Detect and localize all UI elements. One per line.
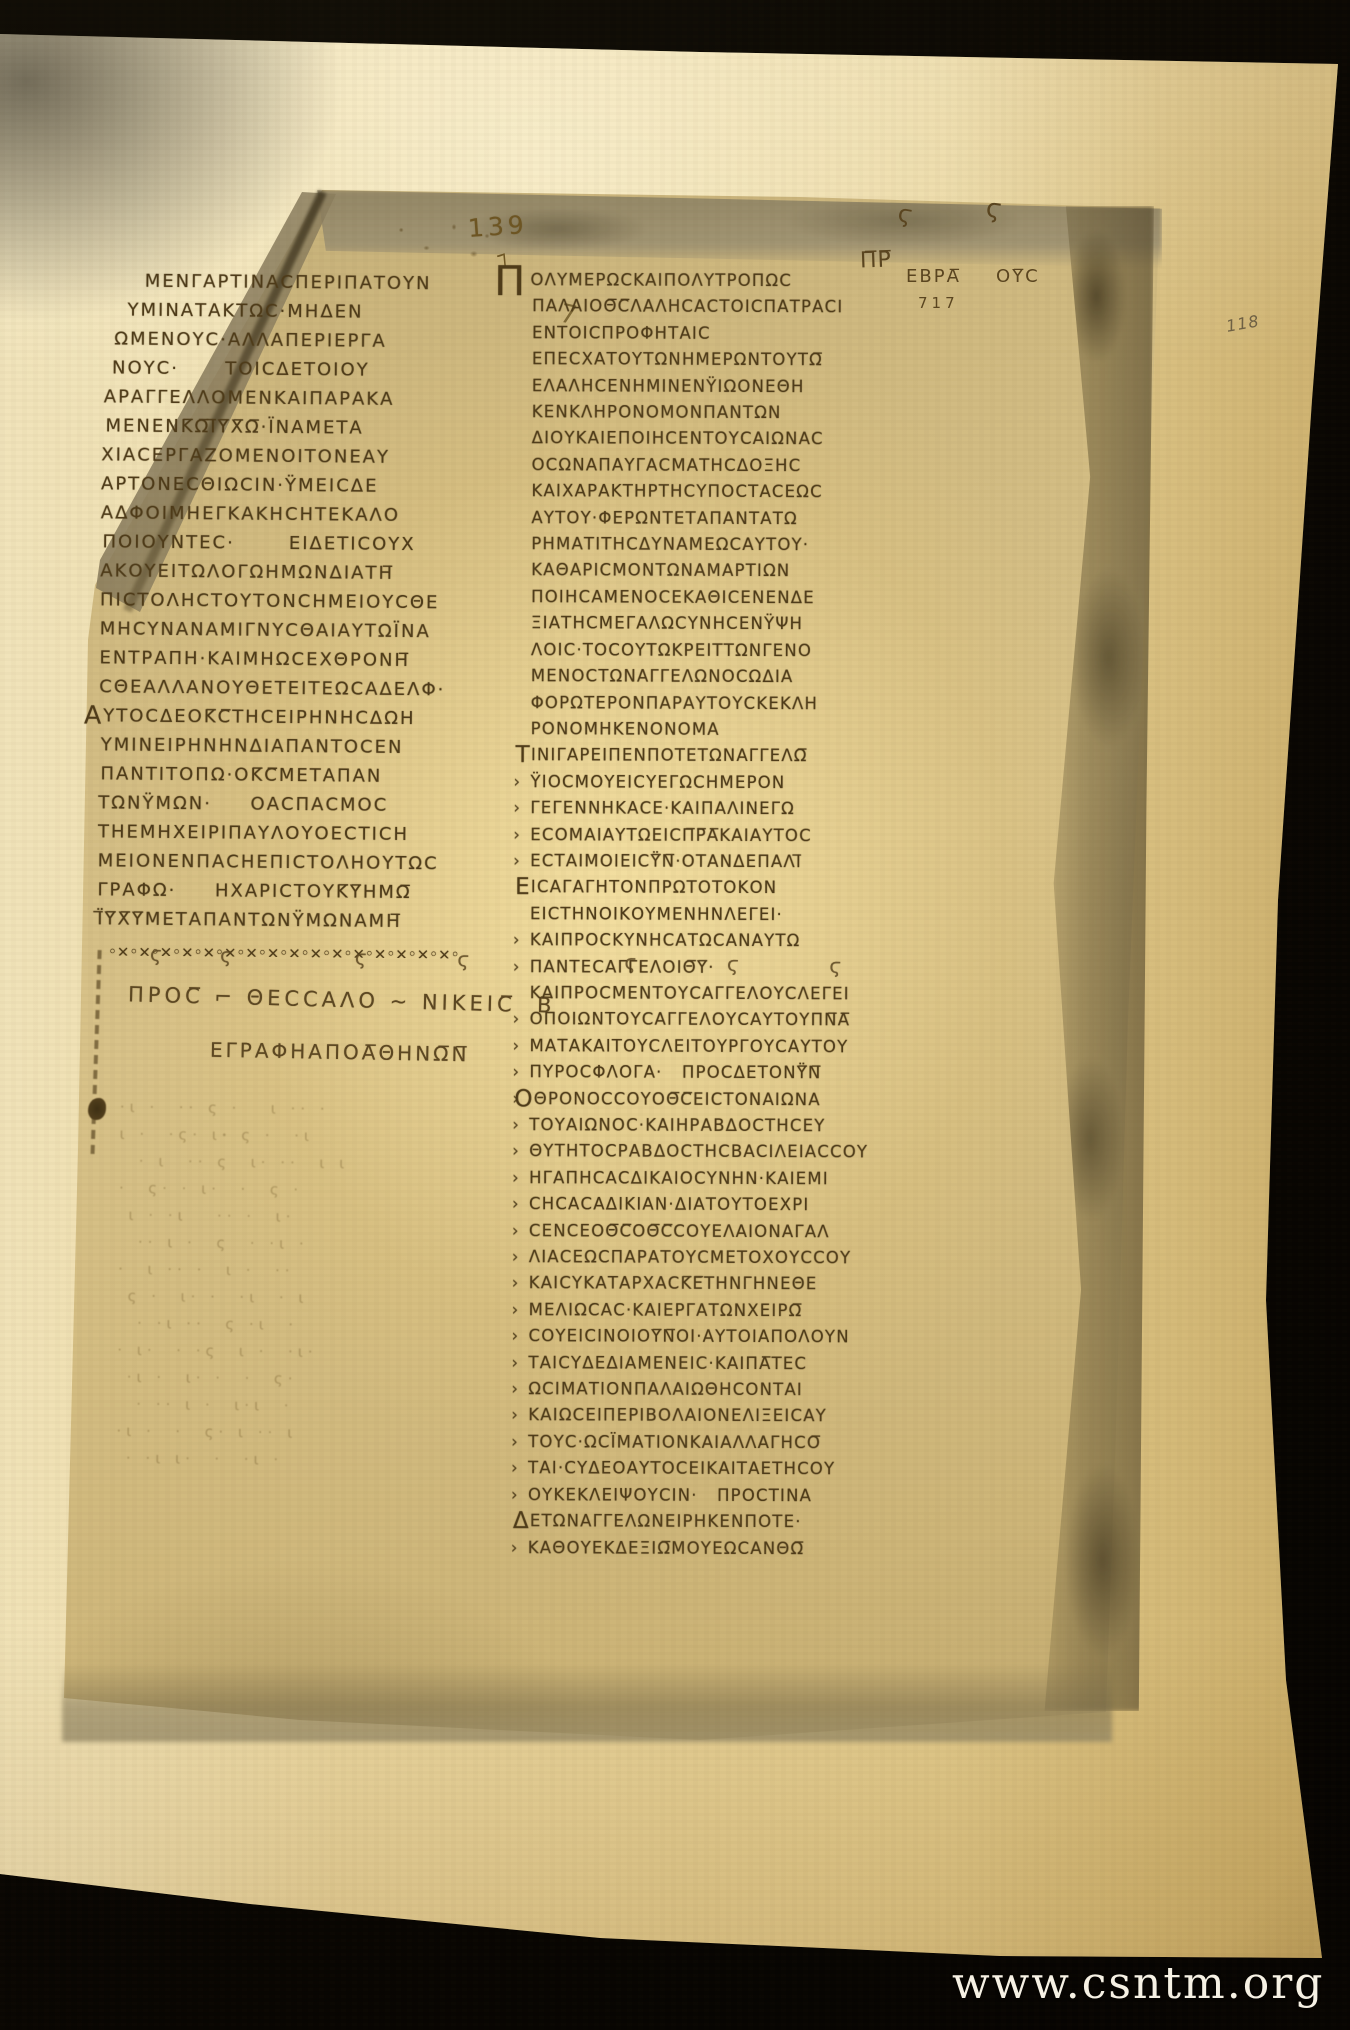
line-text: ϹΕΝϹΕΟΘ̅Ϲ̅ΟΘ̅Ϲ̅ϹΟΥΕΛΑΙΟΝΑΓΑΛ <box>529 1221 830 1241</box>
manuscript-line: ΠΑΛΑΙΟΘ̅Ϲ̅ΛΑΛΗϹΑϹΤΟΙϹΠΑΤΡΑϹΙ <box>532 294 982 322</box>
manuscript-line: ΚΕΝΚΛΗΡΟΝΟΜΟΝΠΑΝΤΩΝ <box>532 399 982 427</box>
line-text: ΠΟΙΟΥΝΤΕϹ· ΕΙΔΕΤΙϹΟΥΧ <box>102 531 415 555</box>
line-text: ΤΗΕΜΗΧΕΙΡΙΠΑΥΛΟΥΟΕϹΤΙϹΗ <box>98 821 409 845</box>
line-text: ΡΟΝΟΜΗΚΕΝΟΝΟΜΑ <box>531 719 720 739</box>
manuscript-line: ΕΝΤΟΙϹΠΡΟΦΗΤΑΙϹ <box>532 320 982 348</box>
manuscript-line: ΚΑΘΑΡΙϹΜΟΝΤΩΝΑΜΑΡΤΙΩΝ <box>531 558 981 586</box>
line-text: ΕϹΟΜΑΙΑΥΤΩΕΙϹΠ̅Ρ̅Α̅ΚΑΙΑΥΤΟϹ <box>530 825 812 845</box>
manuscript-line: ΠΟΙΗϹΑΜΕΝΟϹΕΚΑΘΙϹΕΝΕΝΔΕ <box>531 584 981 612</box>
manuscript-line: ΕΛΑΛΗϹΕΝΗΜΙΝΕΝΫΙΩΟΝΕΘΗ <box>532 373 982 401</box>
line-text: ΜΕΝΓΑΡΤΙΝΑϹΠΕΡΙΠΑΤΟΥΝ <box>145 271 432 295</box>
ink-smudge <box>388 212 498 272</box>
manuscript-line: ›ΫΙΟϹΜΟΥΕΙϹΥΕΓΩϹΗΜΕΡΟΝ <box>530 769 980 797</box>
manuscript-line: ›ΚΑΙΩϹΕΙΠΕΡΙΒΟΛΑΙΟΝΕΛΙΞΕΙϹΑΥ <box>528 1403 978 1431</box>
line-text: ΝΟΥϹ· ΤΟΙϹΔΕΤΟΙΟΥ <box>112 357 370 380</box>
manuscript-line: · ι ·· · ι · ·· <box>118 1256 498 1287</box>
manuscript-line: ΕΝΤΡΑΠΗ·ΚΑΙΜΗΩϹΕΧΘΡΟΝΗ̅ <box>99 643 479 675</box>
manuscript-photograph: 139 ⁊ 7 ϛ ϛ Π̅Ρ̅ ΕΒΡΑ̅ 717 ΟΥ̅Ϲ 118 ΜΕΝΓ… <box>0 0 1350 2030</box>
manuscript-line: ΔΙΟΥΚΑΙΕΠΟΙΗϹΕΝΤΟΥϹΑΙΩΝΑϹ <box>532 426 982 454</box>
csntm-watermark: www.csntm.org <box>952 1958 1324 2009</box>
line-text: ΕΝΤΡΑΠΗ·ΚΑΙΜΗΩϹΕΧΘΡΟΝΗ̅ <box>99 647 410 671</box>
line-text: ΜΑΤΑΚΑΙΤΟΥϹΛΕΙΤΟΥΡΓΟΥϹΑΥΤΟΥ <box>530 1036 849 1056</box>
line-text: ΟϹΩΝΑΠΑΥΓΑϹΜΑΤΗϹΔΟΞΗϹ <box>532 455 802 475</box>
line-text: Ϊ̅Υ̅Χ̅Υ̅ΜΕΤΑΠΑΝΤΩΝΫΜΩΝΑΜΗ̅ <box>97 908 402 932</box>
manuscript-line: · ·ι ι· · ·ι · <box>116 1445 496 1476</box>
line-text: ϹΗϹΑϹΑΔΙΚΙΑΝ·ΔΙΑΤΟΥΤΟΕΧΡΙ <box>529 1194 810 1214</box>
line-text: ΓΡΑΦΩ· ΗΧΑΡΙϹΤΟΥΚ̅Υ̅ΗΜΩ̅ <box>97 879 411 903</box>
manuscript-line: ΚΑΙΠΡΟϹΜΕΝΤΟΥϹΑΓΓΕΛΟΥϹΛΕΓΕΙ <box>530 980 980 1008</box>
line-text: ΘΡΟΝΟϹϹΟΥΟΘ̅Ϲ̅ΕΙϹΤΟΝΑΙΩΝΑ <box>534 1089 821 1109</box>
line-text: ΠΑΛΑΙΟΘ̅Ϲ̅ΛΑΛΗϹΑϹΤΟΙϹΠΑΤΡΑϹΙ <box>532 297 843 317</box>
line-text: ΜΗϹΥΝΑΝΑΜΙΓΝΥϹΘΑΙΑΥΤΩΪΝΑ <box>100 618 431 642</box>
manuscript-line: ›ΘΥΤΗΤΟϹΡΑΒΔΟϹΤΗϹΒΑϹΙΛΕΙΑϹϹΟΥ <box>529 1139 979 1167</box>
manuscript-line: ΑΡΤΟΝΕϹΘΙΩϹΙΝ·ΫΜΕΙϹΔΕ <box>101 469 481 501</box>
manuscript-line: · ι· · ·ς ι · ·ι· <box>117 1337 497 1368</box>
line-text: ΙϹΑΓΑΓΗΤΟΝΠΡΩΤΟΤΟΚΟΝ <box>531 878 777 898</box>
manuscript-line: ›ΠΑΝΤΕϹΑΓΓΕΛΟΙΘ̅Υ̅· <box>530 954 980 982</box>
line-text: ΕΝΤΟΙϹΠΡΟΦΗΤΑΙϹ <box>532 323 711 343</box>
running-title-part2: ΟΥ̅Ϲ <box>996 266 1040 287</box>
line-text: ΚΑΘΑΡΙϹΜΟΝΤΩΝΑΜΑΡΤΙΩΝ <box>531 561 790 581</box>
manuscript-line: ΩΜΕΝΟΥϹ·ΑΛΛΑΠΕΡΙΕΡΓΑ <box>102 324 482 356</box>
line-text: ΜΕΝΟϹΤΩΝΑΓΓΕΛΩΝΟϹΩΔΙΑ <box>531 666 794 686</box>
line-text: ΧΙΑϹΕΡΓΑΖΟΜΕΝΟΙΤΟΝΕΑΥ <box>101 444 390 468</box>
manuscript-line: ›ΚΑΘΟΥΕΚΔΕΞΙΩ̅ΜΟΥΕΩϹΑΝΘΩ̅ <box>528 1535 978 1563</box>
line-text: ΛΙΑϹΕΩϹΠΑΡΑΤΟΥϹΜΕΤΟΧΟΥϹϹΟΥ <box>529 1247 852 1267</box>
manuscript-line: ·ι · · ς· ι ·· ι <box>116 1418 496 1449</box>
line-text: ΑΔΦΟΙΜΗΕΓΚΑΚΗϹΗΤΕΚΑΛΟ <box>101 502 400 526</box>
subscription-colophon: ΕΓΡΑΦΗΑΠΟΑ̅ΘΗΝΩ̅Ν̅ <box>210 1038 470 1067</box>
manuscript-line: ΑΔΦΟΙΜΗΕΓΚΑΚΗϹΗΤΕΚΑΛΟ <box>101 498 481 530</box>
manuscript-line: ΤΙΝΙΓΑΡΕΙΠΕΝΠΟΤΕΤΩΝΑΓΓΕΛΩ̅ <box>531 743 981 771</box>
manuscript-line: ΠΟΙΟΥΝΤΕϹ· ΕΙΔΕΤΙϹΟΥΧ <box>100 527 480 559</box>
line-text: ΟΛΥΜΕΡΩϹΚΑΙΠΟΛΥΤΡΟΠΩϹ <box>530 270 792 290</box>
enlarged-initial: Α <box>84 705 103 725</box>
manuscript-line: ΓΡΑΦΩ· ΗΧΑΡΙϹΤΟΥΚ̅Υ̅ΗΜΩ̅ <box>97 875 477 907</box>
line-text: ΠΑΝΤΙΤΟΠΩ·ΟΚ̅Ϲ̅ΜΕΤΑΠΑΝ <box>100 763 382 786</box>
enlarged-initial: Ε <box>515 879 531 898</box>
line-text: ΤΟΥΑΙΩΝΟϹ·ΚΑΙΗΡΑΒΔΟϹΤΗϹΕΥ <box>529 1115 825 1135</box>
manuscript-line: ›ΚΑΙϹΥΚΑΤΑΡΧΑϹΚ̅Ε̅ΤΗΝΓΗΝΕΘΕ <box>529 1271 979 1299</box>
manuscript-line: ›ΠΥΡΟϹΦΛΟΓΑ· ΠΡΟϹΔΕΤΟΝΫ̅Ν̅ <box>529 1059 979 1087</box>
leaf-bottom-edge <box>62 1664 1112 1742</box>
line-text: ΥΜΙΝΑΤΑΚΤΩϹ·ΜΗΔΕΝ <box>127 300 363 323</box>
manuscript-line: · ·· ι · ι·ι · <box>117 1391 497 1422</box>
manuscript-line: ›ΗΓΑΠΗϹΑϹΔΙΚΑΙΟϹΥΝΗΝ·ΚΑΙΕΜΙ <box>529 1165 979 1193</box>
manuscript-line: ›ΚΑΙΠΡΟϹΚΥΝΗϹΑΤΩϹΑΝΑΥΤΩ <box>530 927 980 955</box>
line-text: ΕΙϹΤΗΝΟΙΚΟΥΜΕΝΗΝΛΕΓΕΙ· <box>530 904 783 924</box>
manuscript-line: ΥΜΙΝΑΤΑΚΤΩϹ·ΜΗΔΕΝ <box>102 295 482 327</box>
line-text: ΜΕΛΙΩϹΑϹ·ΚΑΙΕΡΓΑΤΩΝΧΕΙΡΩ̅ <box>529 1300 803 1320</box>
manuscript-line: ΑΥΤΟϹΔΕΟΚ̅Ϲ̅ΤΗϹΕΙΡΗΝΗϹΔΩΗ <box>99 701 479 733</box>
manuscript-line: ›ΜΕΛΙΩϹΑϹ·ΚΑΙΕΡΓΑΤΩΝΧΕΙΡΩ̅ <box>529 1297 979 1325</box>
manuscript-line: ΑΡΑΓΓΕΛΛΟΜΕΝΚΑΙΠΑΡΑΚΑ <box>102 382 482 414</box>
manuscript-line: ΝΟΥϹ· ΤΟΙϹΔΕΤΟΙΟΥ <box>102 353 482 385</box>
line-text: ΚΑΙΧΑΡΑΚΤΗΡΤΗϹΥΠΟϹΤΑϹΕΩϹ <box>531 481 822 501</box>
line-text: ΠΙϹΤΟΛΗϹΤΟΥΤΟΝϹΗΜΕΙΟΥϹΘΕ <box>100 589 440 613</box>
line-text: ΚΑΙΠΡΟϹΜΕΝΤΟΥϹΑΓΓΕΛΟΥϹΛΕΓΕΙ <box>530 983 850 1003</box>
manuscript-line: · ς· · ι· · ς · <box>119 1175 499 1206</box>
line-text: ΠΥΡΟϹΦΛΟΓΑ· ΠΡΟϹΔΕΤΟΝΫ̅Ν̅ <box>529 1062 821 1082</box>
manuscript-line: ·· ι · ς · ·ι · <box>118 1229 498 1260</box>
line-text: ΙΝΙΓΑΡΕΙΠΕΝΠΟΤΕΤΩΝΑΓΓΕΛΩ̅ <box>531 746 808 766</box>
manuscript-line: ΜΕΝΕΝΚ̅Ω̅Ι̅Υ̅Χ̅Ω̅·ΪΝΑΜΕΤΑ <box>101 411 481 443</box>
line-text: ΦΟΡΩΤΕΡΟΝΠΑΡΑΥΤΟΥϹΚΕΚΛΗ <box>531 693 818 713</box>
manuscript-line: ΚΑΙΧΑΡΑΚΤΗΡΤΗϹΥΠΟϹΤΑϹΕΩϹ <box>531 478 981 506</box>
manuscript-line: ›ΜΑΤΑΚΑΙΤΟΥϹΛΕΙΤΟΥΡΓΟΥϹΑΥΤΟΥ <box>529 1033 979 1061</box>
manuscript-line: ›ΕϹΤΑΙΜΟΙΕΙϹΫ̅Ν̅·ΟΤΑΝΔΕΠΑΛΙ̅ <box>530 848 980 876</box>
line-text: ΩΜΕΝΟΥϹ·ΑΛΛΑΠΕΡΙΕΡΓΑ <box>114 328 387 351</box>
manuscript-line: ΞΙΑΤΗϹΜΕΓΑΛΩϹΥΝΗϹΕΝΫΨΗ <box>531 610 981 638</box>
line-text: ΔΙΟΥΚΑΙΕΠΟΙΗϹΕΝΤΟΥϹΑΙΩΝΑϹ <box>532 429 824 449</box>
line-text: ΚΑΙΩϹΕΙΠΕΡΙΒΟΛΑΙΟΝΕΛΙΞΕΙϹΑΥ <box>528 1406 827 1426</box>
line-text: ΡΗΜΑΤΙΤΗϹΔΥΝΑΜΕΩϹΑΥΤΟΥ· <box>531 534 809 554</box>
line-text: ΥΤΟϹΔΕΟΚ̅Ϲ̅ΤΗϹΕΙΡΗΝΗϹΔΩΗ <box>103 705 415 729</box>
manuscript-line: ΧΙΑϹΕΡΓΑΖΟΜΕΝΟΙΤΟΝΕΑΥ <box>101 440 481 472</box>
manuscript-line: ΠΑΝΤΙΤΟΠΩ·ΟΚ̅Ϲ̅ΜΕΤΑΠΑΝ <box>98 759 478 791</box>
bleedthrough-text: ·ι · ·· ς · ι ·· ·ι · ·ς· ιꞏ ς · ·ι · ι … <box>116 1094 500 1476</box>
manuscript-line: ›ΟΘΡΟΝΟϹϹΟΥΟΘ̅Ϲ̅ΕΙϹΤΟΝΑΙΩΝΑ <box>529 1086 979 1114</box>
manuscript-line: ›ΛΙΑϹΕΩϹΠΑΡΑΤΟΥϹΜΕΤΟΧΟΥϹϹΟΥ <box>529 1244 979 1272</box>
line-text: ΑΥΤΟΥ·ΦΕΡΩΝΤΕΤΑΠΑΝΤΑΤΩ <box>531 508 798 528</box>
line-text: ΕΤΩΝΑΓΓΕΛΩΝΕΙΡΗΚΕΝΠΟΤΕ· <box>530 1511 802 1531</box>
manuscript-line: ›ΩϹΙΜΑΤΙΟΝΠΑΛΑΙΩΘΗϹΟΝΤΑΙ <box>528 1376 978 1404</box>
manuscript-line: ΔΕΤΩΝΑΓΓΕΛΩΝΕΙΡΗΚΕΝΠΟΤΕ· <box>528 1508 978 1536</box>
line-text: ΚΕΝΚΛΗΡΟΝΟΜΟΝΠΑΝΤΩΝ <box>532 402 782 422</box>
enlarged-initial: Δ <box>513 1512 530 1531</box>
line-text: ΫΙΟϹΜΟΥΕΙϹΥΕΓΩϹΗΜΕΡΟΝ <box>530 772 785 792</box>
manuscript-line: ΕΙϹΤΗΝΟΙΚΟΥΜΕΝΗΝΛΕΓΕΙ· <box>530 901 980 929</box>
manuscript-line: ›ΟΥΚΕΚΛΕΙΨΟΥϹΙΝ· ΠΡΟϹΤΙΝΑ <box>528 1482 978 1510</box>
manuscript-line: ›ϹΗϹΑϹΑΔΙΚΙΑΝ·ΔΙΑΤΟΥΤΟΕΧΡΙ <box>529 1191 979 1219</box>
manuscript-line: ς · ι· · ·ι · ι <box>118 1283 498 1314</box>
manuscript-line: ΡΟΝΟΜΗΚΕΝΟΝΟΜΑ <box>531 716 981 744</box>
line-text: ΗΓΑΠΗϹΑϹΔΙΚΑΙΟϹΥΝΗΝ·ΚΑΙΕΜΙ <box>529 1168 829 1188</box>
manuscript-line: ι · ·ς· ιꞏ ς · ·ι <box>119 1121 499 1152</box>
manuscript-line: ΑΥΤΟΥ·ΦΕΡΩΝΤΕΤΑΠΑΝΤΑΤΩ <box>531 505 981 533</box>
manuscript-line: ΜΕΝΟϹΤΩΝΑΓΓΕΛΩΝΟϹΩΔΙΑ <box>531 663 981 691</box>
line-text: ΤΑΙ·ϹΥΔΕΟΑΥΤΟϹΕΙΚΑΙΤΑΕΤΗϹΟΥ <box>528 1458 835 1478</box>
manuscript-line: ΥΜΙΝΕΙΡΗΝΗΝΔΙΑΠΑΝΤΟϹΕΝ <box>99 730 479 762</box>
line-text: ΘΥΤΗΤΟϹΡΑΒΔΟϹΤΗϹΒΑϹΙΛΕΙΑϹϹΟΥ <box>529 1142 868 1162</box>
manuscript-line: · ι ·· ς ι· ·· ι ι <box>119 1148 499 1179</box>
line-text: ΑΡΑΓΓΕΛΛΟΜΕΝΚΑΙΠΑΡΑΚΑ <box>104 386 395 410</box>
manuscript-line: ΤΗΕΜΗΧΕΙΡΙΠΑΥΛΟΥΟΕϹΤΙϹΗ <box>98 817 478 849</box>
right-text-column: ΠΟΛΥΜΕΡΩϹΚΑΙΠΟΛΥΤΡΟΠΩϹΠΑΛΑΙΟΘ̅Ϲ̅ΛΑΛΗϹΑϹΤ… <box>528 267 983 1562</box>
manuscript-line: ΤΩΝΫΜΩΝ· ΟΑϹΠΑϹΜΟϹ <box>98 788 478 820</box>
enlarged-initial: Τ <box>516 746 531 765</box>
manuscript-line: ΜΗϹΥΝΑΝΑΜΙΓΝΥϹΘΑΙΑΥΤΩΪΝΑ <box>100 614 480 646</box>
manuscript-line: ΠΟΛΥΜΕΡΩϹΚΑΙΠΟΛΥΤΡΟΠΩϹ <box>532 267 982 295</box>
manuscript-line: ›ΤΑΙϹΥΔΕΔΙΑΜΕΝΕΙϹ·ΚΑΙΠΑ̅ΤΕϹ <box>528 1350 978 1378</box>
manuscript-line: ι · ·ι ·· · ι· <box>119 1202 499 1233</box>
manuscript-line: ΕΙϹΑΓΑΓΗΤΟΝΠΡΩΤΟΤΟΚΟΝ <box>530 875 980 903</box>
enlarged-initial: Π <box>494 271 526 292</box>
line-text: ΚΑΙϹΥΚΑΤΑΡΧΑϹΚ̅Ε̅ΤΗΝΓΗΝΕΘΕ <box>529 1274 818 1294</box>
line-text: ΓΕΓΕΝΝΗΚΑϹΕ·ΚΑΙΠΑΛΙΝΕΓΩ <box>530 798 795 818</box>
line-text: ΕϹΤΑΙΜΟΙΕΙϹΫ̅Ν̅·ΟΤΑΝΔΕΠΑΛΙ̅ <box>530 851 802 871</box>
manuscript-line: ΜΕΙΟΝΕΝΠΑϹΗΕΠΙϹΤΟΛΗΟΥΤΩϹ <box>98 846 478 878</box>
line-text: ΛΟΙϹ·ΤΟϹΟΥΤΩΚΡΕΙΤΤΩΝΓΕΝΟ <box>531 640 812 660</box>
line-text: ΜΕΝΕΝΚ̅Ω̅Ι̅Υ̅Χ̅Ω̅·ΪΝΑΜΕΤΑ <box>105 415 363 438</box>
line-text: ΑΚΟΥΕΙΤΩΛΟΓΩΗΜΩΝΔΙΑΤΗ̅ <box>100 560 394 584</box>
manuscript-line: ·ι · ι· · · ς· <box>117 1364 497 1395</box>
manuscript-line: ›ΕϹΟΜΑΙΑΥΤΩΕΙϹΠ̅Ρ̅Α̅ΚΑΙΑΥΤΟϹ <box>530 822 980 850</box>
line-text: ΤΑΙϹΥΔΕΔΙΑΜΕΝΕΙϹ·ΚΑΙΠΑ̅ΤΕϹ <box>528 1353 807 1373</box>
line-text: ΚΑΙΠΡΟϹΚΥΝΗϹΑΤΩϹΑΝΑΥΤΩ <box>530 930 801 950</box>
manuscript-line: ›ΓΕΓΕΝΝΗΚΑϹΕ·ΚΑΙΠΑΛΙΝΕΓΩ <box>530 795 980 823</box>
line-text: ΩϹΙΜΑΤΙΟΝΠΑΛΑΙΩΘΗϹΟΝΤΑΙ <box>528 1379 803 1399</box>
line-text: ΚΑΘΟΥΕΚΔΕΞΙΩ̅ΜΟΥΕΩϹΑΝΘΩ̅ <box>528 1538 805 1558</box>
manuscript-line: ·ι · ·· ς · ι ·· · <box>120 1094 500 1125</box>
line-text: ΤΩΝΫΜΩΝ· ΟΑϹΠΑϹΜΟϹ <box>98 792 388 816</box>
line-text: ΠΟΙΗϹΑΜΕΝΟϹΕΚΑΘΙϹΕΝΕΝΔΕ <box>531 587 815 607</box>
manuscript-line: ϹΘΕΑΛΛΑΝΟΥΘΕΤΕΙΤΕΩϹΑΔΕΛΦ· <box>99 672 479 704</box>
manuscript-line: ›ϹΟΥΕΙϹΙΝΟΙΟΥ̅Ν̅ΟΙ·ΑΥΤΟΙΑΠΟΛΟΥΝ <box>528 1323 978 1351</box>
line-text: ΞΙΑΤΗϹΜΕΓΑΛΩϹΥΝΗϹΕΝΫΨΗ <box>531 613 803 633</box>
manuscript-line: ›ΟΠΟΙΩΝΤΟΥϹΑΓΓΕΛΟΥϹΑΥΤΟΥΠΝ̅Α̅ <box>530 1007 980 1035</box>
left-text-column: ΜΕΝΓΑΡΤΙΝΑϹΠΕΡΙΠΑΤΟΥΝΥΜΙΝΑΤΑΚΤΩϹ·ΜΗΔΕΝΩΜ… <box>97 266 483 936</box>
manuscript-line: ›ΤΑΙ·ϹΥΔΕΟΑΥΤΟϹΕΙΚΑΙΤΑΕΤΗϹΟΥ <box>528 1455 978 1483</box>
manuscript-line: ΜΕΝΓΑΡΤΙΝΑϹΠΕΡΙΠΑΤΟΥΝ <box>103 266 483 298</box>
manuscript-line: ΑΚΟΥΕΙΤΩΛΟΓΩΗΜΩΝΔΙΑΤΗ̅ <box>100 556 480 588</box>
manuscript-line: ΠΙϹΤΟΛΗϹΤΟΥΤΟΝϹΗΜΕΙΟΥϹΘΕ <box>100 585 480 617</box>
line-text: ΑΡΤΟΝΕϹΘΙΩϹΙΝ·ΫΜΕΙϹΔΕ <box>101 473 379 496</box>
line-text: ΕΠΕϹΧΑΤΟΥΤΩΝΗΜΕΡΩΝΤΟΥΤΩ̅ <box>532 349 823 369</box>
manuscript-line: ΦΟΡΩΤΕΡΟΝΠΑΡΑΥΤΟΥϹΚΕΚΛΗ <box>531 690 981 718</box>
line-text: ΤΟΥϹ·ΩϹΪΜΑΤΙΟΝΚΑΙΑΛΛΑΓΗϹΟ̅ <box>528 1432 821 1452</box>
manuscript-line: Ϊ̅Υ̅Χ̅Υ̅ΜΕΤΑΠΑΝΤΩΝΫΜΩΝΑΜΗ̅ <box>97 904 477 936</box>
manuscript-line: · ·ι ·· ς ·ι · <box>117 1310 497 1341</box>
line-text: ΕΛΑΛΗϹΕΝΗΜΙΝΕΝΫΙΩΟΝΕΘΗ <box>532 376 805 396</box>
line-text: ΥΜΙΝΕΙΡΗΝΗΝΔΙΑΠΑΝΤΟϹΕΝ <box>101 734 404 758</box>
manuscript-line: ›ϹΕΝϹΕΟΘ̅Ϲ̅ΟΘ̅Ϲ̅ϹΟΥΕΛΑΙΟΝΑΓΑΛ <box>529 1218 979 1246</box>
manuscript-line: ΛΟΙϹ·ΤΟϹΟΥΤΩΚΡΕΙΤΤΩΝΓΕΝΟ <box>531 637 981 665</box>
line-text: ΜΕΙΟΝΕΝΠΑϹΗΕΠΙϹΤΟΛΗΟΥΤΩϹ <box>98 850 439 874</box>
manuscript-line: ›ΤΟΥϹ·ΩϹΪΜΑΤΙΟΝΚΑΙΑΛΛΑΓΗϹΟ̅ <box>528 1429 978 1457</box>
line-text: ϹΟΥΕΙϹΙΝΟΙΟΥ̅Ν̅ΟΙ·ΑΥΤΟΙΑΠΟΛΟΥΝ <box>528 1326 849 1346</box>
manuscript-line: ΟϹΩΝΑΠΑΥΓΑϹΜΑΤΗϹΔΟΞΗϹ <box>532 452 982 480</box>
manuscript-line: ΕΠΕϹΧΑΤΟΥΤΩΝΗΜΕΡΩΝΤΟΥΤΩ̅ <box>532 346 982 374</box>
line-text: ΠΑΝΤΕϹΑΓΓΕΛΟΙΘ̅Υ̅· <box>530 957 715 977</box>
manuscript-line: ›ΤΟΥΑΙΩΝΟϹ·ΚΑΙΗΡΑΒΔΟϹΤΗϹΕΥ <box>529 1112 979 1140</box>
line-text: ΟΥΚΕΚΛΕΙΨΟΥϹΙΝ· ΠΡΟϹΤΙΝΑ <box>528 1485 812 1505</box>
manuscript-line: ΡΗΜΑΤΙΤΗϹΔΥΝΑΜΕΩϹΑΥΤΟΥ· <box>531 531 981 559</box>
line-text: ΟΠΟΙΩΝΤΟΥϹΑΓΓΕΛΟΥϹΑΥΤΟΥΠΝ̅Α̅ <box>530 1010 851 1030</box>
line-text: ϹΘΕΑΛΛΑΝΟΥΘΕΤΕΙΤΕΩϹΑΔΕΛΦ· <box>99 676 445 700</box>
